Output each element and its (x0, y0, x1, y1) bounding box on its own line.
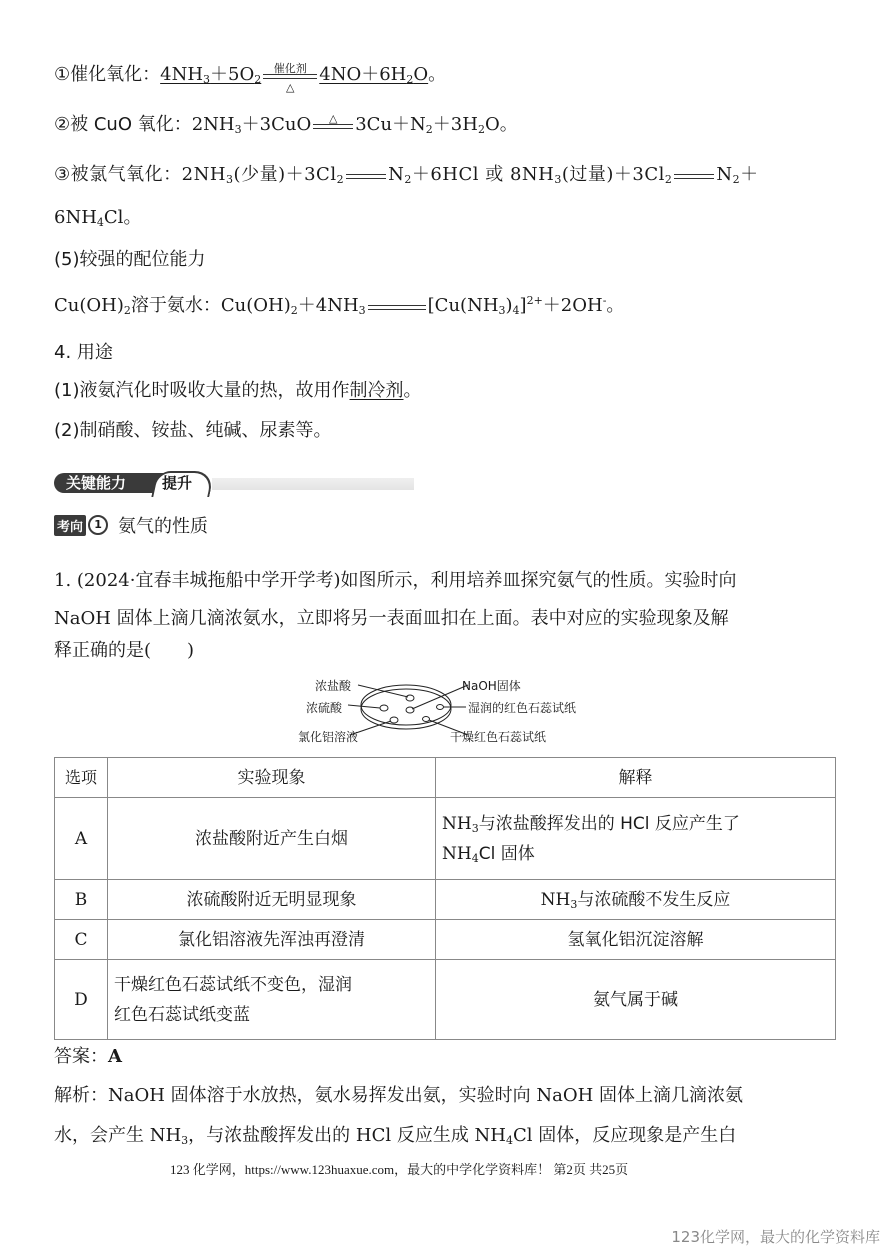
phenomenon-d-line2: 红色石蕊试纸变蓝 (114, 1000, 429, 1030)
phenomenon-d-line1: 干燥红色石蕊试纸不变色，湿润 (114, 970, 429, 1000)
period: 。 (606, 295, 624, 316)
label-dry-litmus: 干燥红色石蕊试纸 (450, 728, 546, 745)
reaction-label: 溶于氨水： (131, 295, 221, 316)
formula-part: ＋3CuO (242, 114, 312, 135)
topic-tag: 考向 (54, 515, 86, 536)
formula-part: N (716, 164, 732, 185)
subscript: 2 (337, 173, 345, 186)
superscript: 2+ (527, 294, 543, 307)
topic-number-icon: 1 (88, 515, 108, 535)
or-word: 或 (479, 164, 510, 185)
reaction-catalytic-oxidation: ①催化氧化：4NH3＋5O2催化剂△4NO＋6H2O。 (54, 62, 446, 88)
explanation-a-line1: NH3与浓盐酸挥发出的 HCl 反应产生了 (442, 809, 829, 839)
subscript: 2 (665, 173, 673, 186)
subscript: 4 (506, 1134, 513, 1147)
watermark: 123化学网，最大的化学资料库 (671, 1226, 880, 1247)
formula-part: O (413, 64, 428, 85)
phenomenon-b: 浓硫酸附近无明显现象 (108, 880, 436, 920)
label-alcl3-solution: 氯化铝溶液 (298, 728, 358, 745)
explanation-c: 氢氧化铝沉淀溶解 (436, 920, 836, 960)
question-line-1: 1. (2024·宜春丰城拖船中学开学考)如图所示，利用培养皿探究氨气的性质。实… (54, 568, 736, 594)
formula-part: [Cu(NH (428, 295, 499, 316)
petri-dish-figure: 浓盐酸 浓硫酸 氯化铝溶液 NaOH固体 湿润的红色石蕊试纸 干燥红色石蕊试纸 (290, 673, 600, 747)
explanation-d: 氨气属于碱 (436, 960, 836, 1040)
label-naoh-solid: NaOH固体 (462, 677, 521, 694)
period: 。 (428, 64, 446, 85)
section-banner: 关键能力 提升 (54, 471, 414, 495)
period: 。 (500, 114, 518, 135)
formula-part: O (485, 114, 500, 135)
formula-part: NH (442, 844, 472, 864)
subscript: 2 (124, 304, 131, 317)
question-line-3: 释正确的是( ) (54, 638, 194, 664)
subscript: 3 (472, 822, 479, 835)
period: 。 (123, 207, 141, 228)
heat-icon: △ (261, 75, 319, 101)
formula-part: (少量)＋3Cl (234, 164, 337, 185)
formula-part: NH (541, 890, 571, 910)
subscript: 4 (472, 852, 479, 865)
header-phenomenon: 实验现象 (108, 758, 436, 798)
subscript: 3 (235, 123, 242, 136)
analysis-text: Cl 固体，反应现象是产生白 (513, 1125, 736, 1146)
table-row: D 干燥红色石蕊试纸不变色，湿润 红色石蕊试纸变蓝 氨气属于碱 (55, 960, 836, 1040)
option-c: C (55, 920, 108, 960)
subscript: 3 (499, 304, 506, 317)
use-item-2: (2)制硝酸、铵盐、纯碱、尿素等。 (54, 418, 332, 444)
phenomenon-d: 干燥红色石蕊试纸不变色，湿润 红色石蕊试纸变蓝 (108, 960, 436, 1040)
explanation-a-line2: NH4Cl 固体 (442, 839, 829, 869)
reaction-arrow (672, 162, 716, 188)
formula-part: 2NH (182, 164, 226, 185)
analysis-line-2: 水，会产生 NH3，与浓盐酸挥发出的 HCl 反应生成 NH4Cl 固体，反应现… (54, 1123, 736, 1149)
use-item-1: (1)液氨汽化时吸收大量的热，故用作制冷剂。 (54, 378, 422, 404)
page-footer: 123 化学网，https://www.123huaxue.com，最大的中学化… (170, 1159, 628, 1178)
explanation-text: Cl 固体 (479, 844, 535, 864)
section-title-text: (5)较强的配位能力 (54, 249, 206, 270)
label-conc-hcl: 浓盐酸 (315, 677, 351, 694)
table-header-row: 选项 实验现象 解释 (55, 758, 836, 798)
formula-part: ＋2OH (543, 295, 603, 316)
underlined-answer: 制冷剂 (350, 380, 404, 401)
banner-bar (212, 478, 414, 490)
subscript: 4 (97, 216, 104, 229)
formula-part: N (388, 164, 404, 185)
subscript: 4 (513, 304, 520, 317)
subscript: 3 (359, 304, 366, 317)
option-b: B (55, 880, 108, 920)
formula-part: ] (520, 295, 527, 316)
formula-part: 4NH (160, 64, 203, 85)
topic-title: 氨气的性质 (118, 512, 208, 538)
subscript: 2 (478, 123, 485, 136)
analysis-text: 水，会产生 NH (54, 1125, 181, 1146)
phenomenon-c: 氯化铝溶液先浑浊再澄清 (108, 920, 436, 960)
formula-part: Cu(OH) (221, 295, 291, 316)
formula-part: 4NO＋6H (319, 64, 406, 85)
subscript: 2 (291, 304, 298, 317)
analysis-text: ，与浓盐酸挥发出的 HCl 反应生成 NH (188, 1125, 506, 1146)
answer: 答案：A (54, 1044, 122, 1070)
question-line-2: NaOH 固体上滴几滴浓氨水，立即将另一表面皿扣在上面。表中对应的实验现象及解 (54, 606, 729, 632)
formula-part: (过量)＋3Cl (562, 164, 665, 185)
reaction-arrow (366, 293, 428, 319)
options-table: 选项 实验现象 解释 A 浓盐酸附近产生白烟 NH3与浓盐酸挥发出的 HCl 反… (54, 757, 836, 1040)
table-row: C 氯化铝溶液先浑浊再澄清 氢氧化铝沉淀溶解 (55, 920, 836, 960)
option-a: A (55, 798, 108, 880)
formula-part: 2NH (192, 114, 235, 135)
reaction-arrow (344, 162, 388, 188)
reaction-chlorine-oxidation: ③被氯气氧化：2NH3(少量)＋3Cl2N2＋6HCl 或 8NH3(过量)＋3… (54, 162, 759, 188)
option-d: D (55, 960, 108, 1040)
formula-part: Cu(OH) (54, 295, 124, 316)
reaction-cuoh2-ammonia: Cu(OH)2溶于氨水：Cu(OH)2＋4NH3[Cu(NH3)4]2+＋2OH… (54, 293, 624, 319)
formula-part: ＋3H (433, 114, 478, 135)
formula-part: ＋ (740, 164, 759, 185)
formula-part: 8NH (510, 164, 554, 185)
subscript: 3 (226, 173, 234, 186)
reaction-arrow: △ (311, 112, 355, 138)
period: 。 (404, 380, 422, 401)
banner-key-ability: 关键能力 (54, 473, 166, 493)
label-conc-h2so4: 浓硫酸 (306, 699, 342, 716)
answer-value: A (108, 1046, 122, 1067)
formula-part: 3Cu＋N (355, 114, 426, 135)
label-wet-litmus: 湿润的红色石蕊试纸 (468, 699, 576, 716)
analysis-line-1: 解析：NaOH 固体溶于水放热，氨水易挥发出氨，实验时向 NaOH 固体上滴几滴… (54, 1083, 743, 1109)
reaction-label: ①催化氧化： (54, 64, 160, 85)
reaction-arrow: 催化剂△ (261, 62, 319, 88)
section-title-coordination: (5)较强的配位能力 (54, 247, 206, 273)
reaction-cuo-oxidation: ②被 CuO 氧化：2NH3＋3CuO△3Cu＋N2＋3H2O。 (54, 112, 518, 138)
topic-heading: 考向 1 氨气的性质 (54, 512, 208, 538)
use-text: (1)液氨汽化时吸收大量的热，故用作 (54, 380, 350, 401)
explanation-b: NH3与浓硫酸不发生反应 (436, 880, 836, 920)
formula-part: Cl (104, 207, 124, 228)
reaction-label: ②被 CuO 氧化： (54, 114, 192, 135)
explanation-text: 与浓硫酸不发生反应 (577, 890, 730, 910)
section-title-uses: 4. 用途 (54, 340, 113, 366)
reaction-label: ③被氯气氧化： (54, 164, 182, 185)
subscript: 3 (554, 173, 562, 186)
banner-improve: 提升 (162, 473, 192, 493)
table-row: A 浓盐酸附近产生白烟 NH3与浓盐酸挥发出的 HCl 反应产生了 NH4Cl … (55, 798, 836, 880)
explanation-text: 与浓盐酸挥发出的 HCl 反应产生了 (479, 814, 740, 834)
subscript: 2 (254, 73, 261, 86)
table-row: B 浓硫酸附近无明显现象 NH3与浓硫酸不发生反应 (55, 880, 836, 920)
formula-part: ) (506, 295, 513, 316)
explanation-a: NH3与浓盐酸挥发出的 HCl 反应产生了 NH4Cl 固体 (436, 798, 836, 880)
formula-part: ＋6HCl (412, 164, 479, 185)
formula-part: NH (442, 814, 472, 834)
header-explanation: 解释 (436, 758, 836, 798)
subscript: 2 (426, 123, 433, 136)
answer-label: 答案： (54, 1046, 108, 1067)
formula-part: ＋5O (210, 64, 254, 85)
subscript: 3 (203, 73, 210, 86)
subscript: 2 (404, 173, 412, 186)
formula-part: 6NH (54, 207, 97, 228)
phenomenon-a: 浓盐酸附近产生白烟 (108, 798, 436, 880)
formula-part: ＋4NH (298, 295, 359, 316)
header-option: 选项 (55, 758, 108, 798)
reaction-chlorine-continued: 6NH4Cl。 (54, 205, 141, 231)
